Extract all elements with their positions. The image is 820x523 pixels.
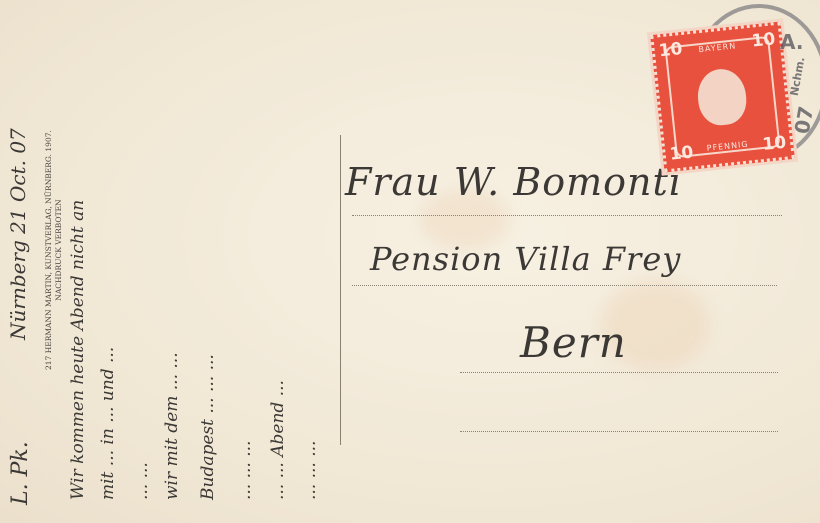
postmark-letter: A. (780, 30, 803, 54)
address-line-1-rule (352, 215, 782, 216)
postcard-back: Frau W. Bomonti Pension Villa Frey Bern … (0, 0, 820, 523)
address-line-3-rule (460, 372, 778, 373)
publisher-imprint-line-1: 217 HERMANN MARTIN, KUNSTVERLAG, NÜRNBER… (44, 130, 54, 370)
address-city: Bern (520, 318, 627, 367)
address-line-2-rule (352, 285, 777, 286)
message-line: ... ... Abend ... (268, 380, 288, 500)
postage-stamp: BAYERN PFENNIG 10 10 10 10 (650, 22, 795, 173)
stamp-value: 10 (762, 133, 788, 155)
publisher-imprint: 217 HERMANN MARTIN, KUNSTVERLAG, NÜRNBER… (44, 130, 64, 370)
message-line: ... ... ... (300, 441, 320, 500)
stamp-value: 10 (751, 29, 777, 51)
message-line: ... ... (132, 462, 152, 500)
message-line: Budapest ... ... ... (198, 354, 218, 500)
message-line: L. Pk. (8, 441, 33, 505)
center-divider (340, 135, 341, 445)
message-line: Wir kommen heute Abend nicht an (68, 200, 88, 500)
message-line: wir mit dem ... ... (162, 352, 182, 500)
message-line: ... ... ... (235, 441, 255, 500)
date-line: Nürnberg 21 Oct. 07 (6, 128, 30, 340)
publisher-imprint-line-2: NACHDRUCK VERBOTEN (54, 130, 64, 370)
address-street: Pension Villa Frey (370, 240, 681, 278)
stamp-value: 10 (658, 39, 684, 61)
postmark-year: 07 (790, 104, 818, 136)
message-line: mit ... in ... und ... (98, 347, 118, 500)
address-recipient: Frau W. Bomonti (345, 160, 682, 204)
address-line-4-rule (460, 431, 778, 432)
stamp-value: 10 (669, 142, 695, 164)
